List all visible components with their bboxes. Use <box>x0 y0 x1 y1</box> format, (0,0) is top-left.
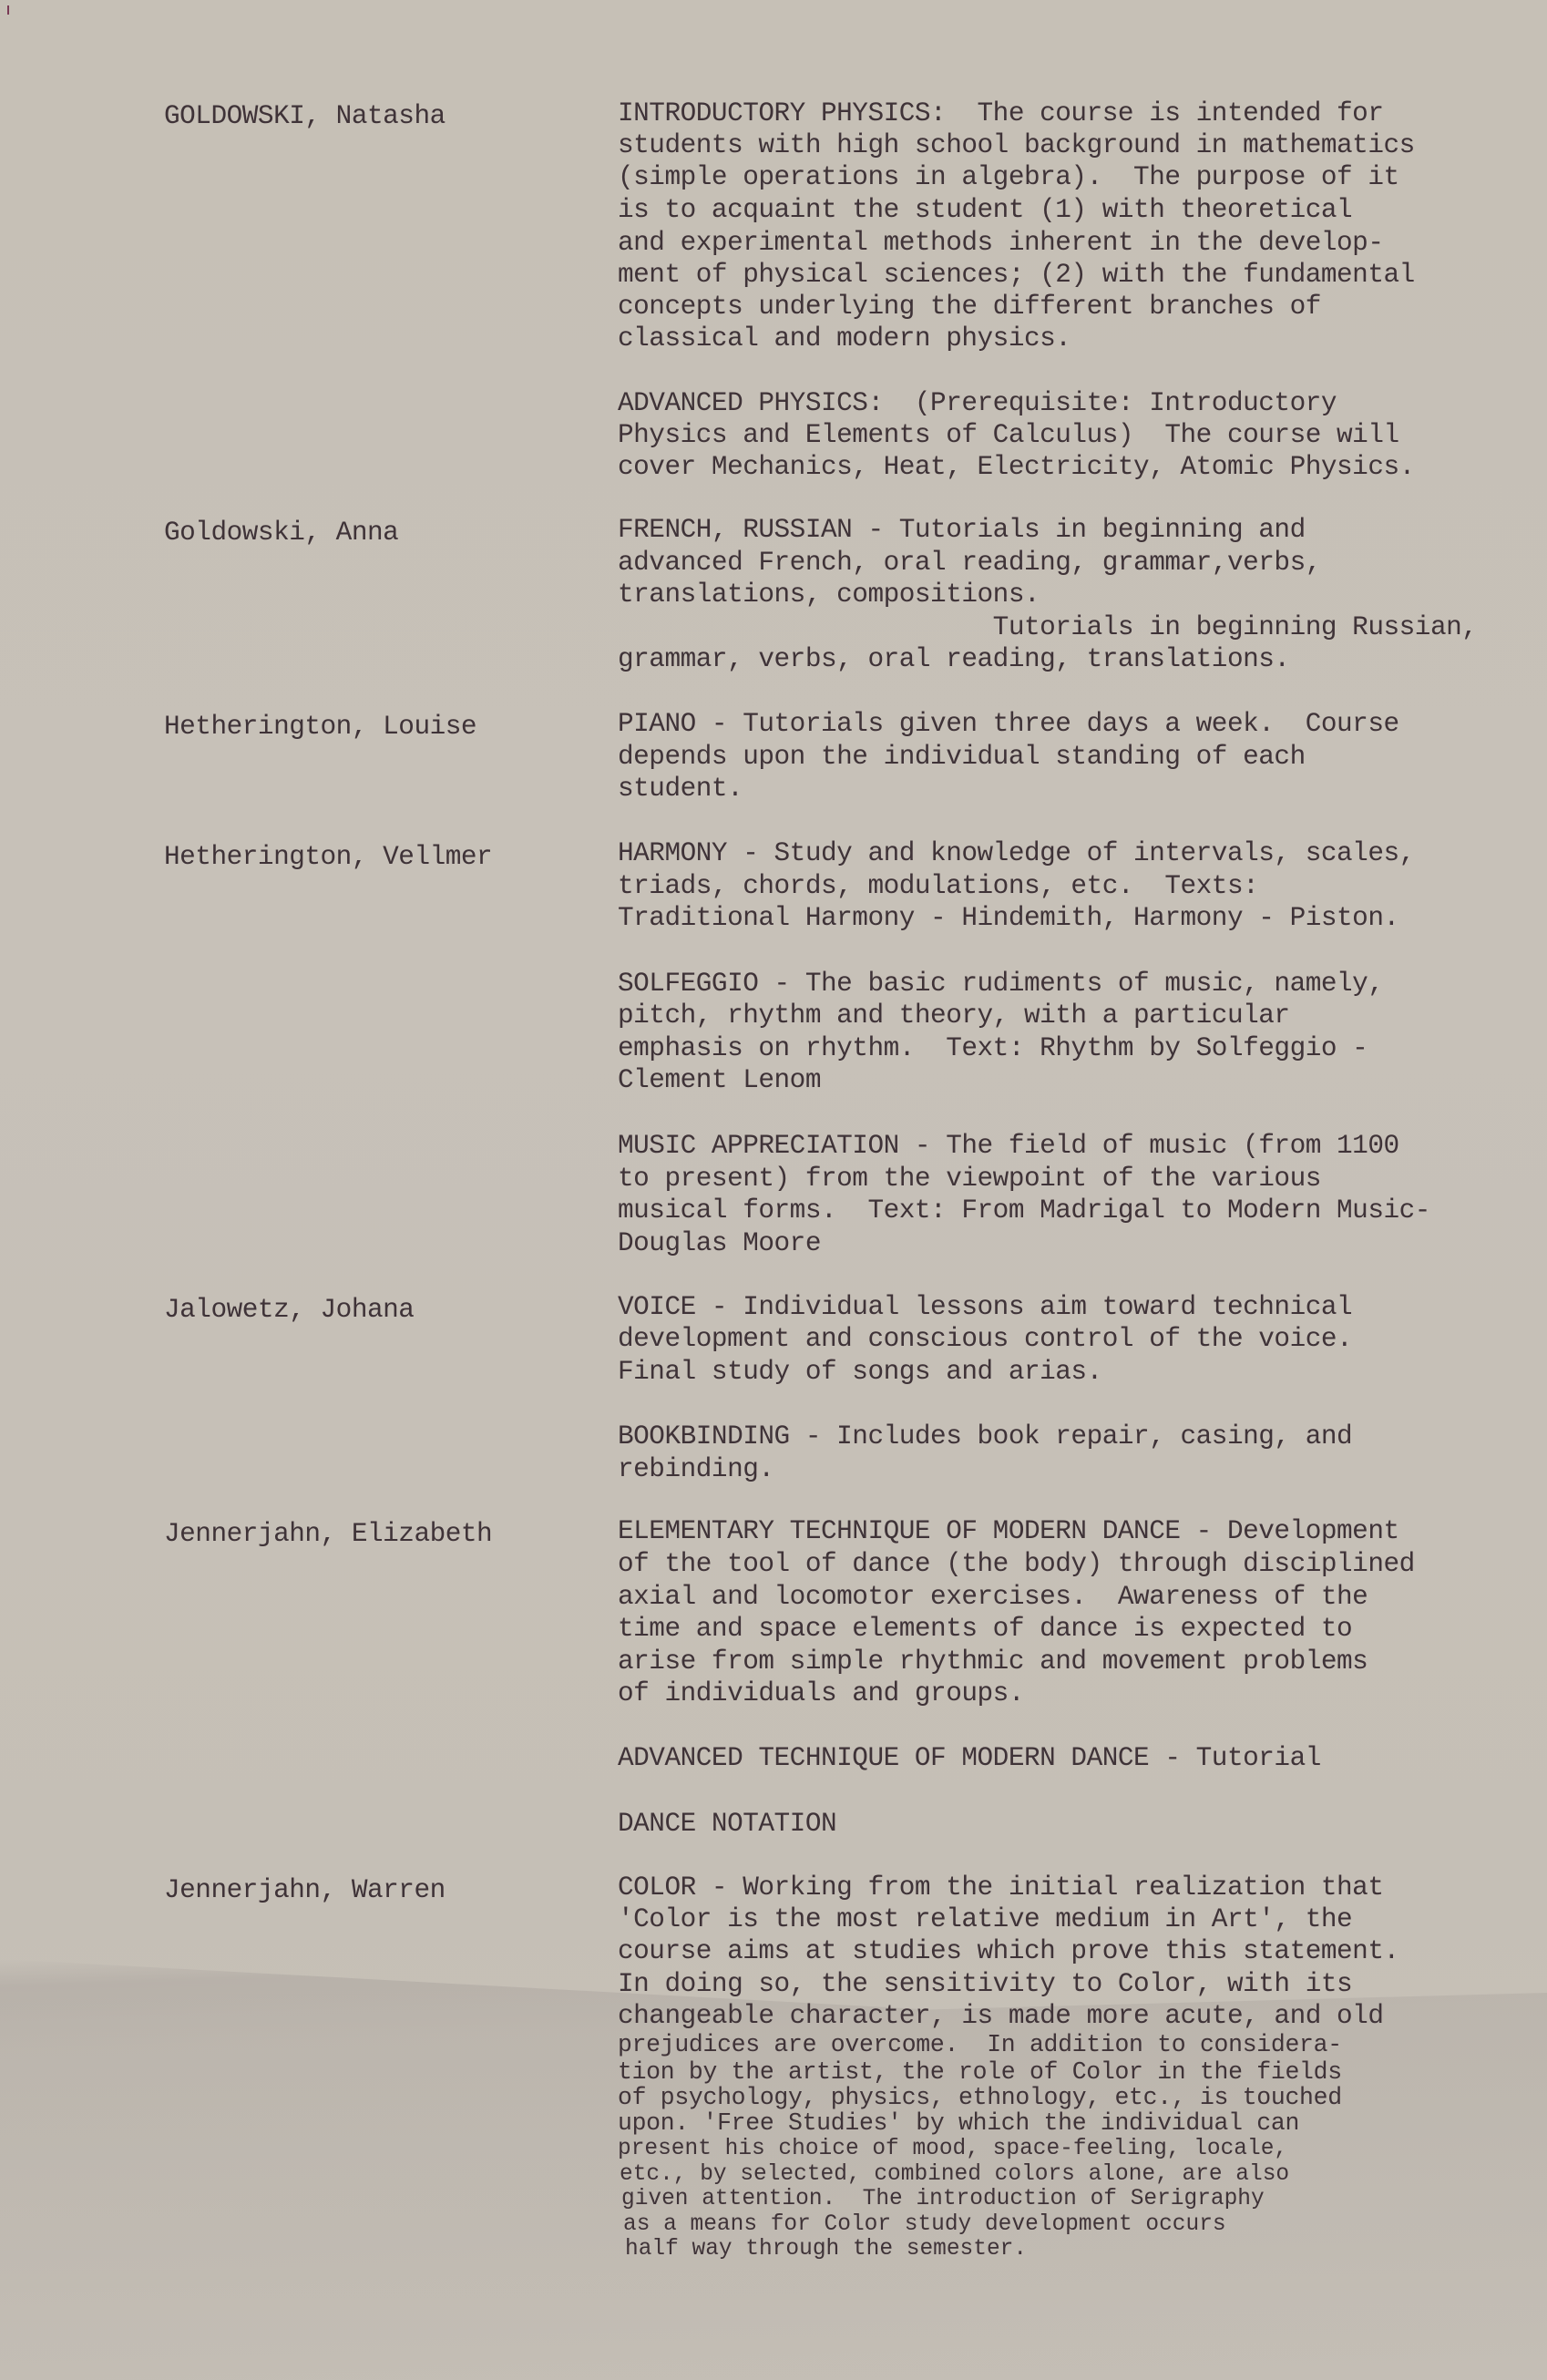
course-description-line: changeable character, is made more acute… <box>618 2003 1384 2030</box>
instructor-name: Hetherington, Louise <box>164 713 476 741</box>
typed-page: GOLDOWSKI, NatashaINTRODUCTORY PHYSICS: … <box>0 0 1547 2380</box>
course-description-line: Physics and Elements of Calculus) The co… <box>618 422 1399 449</box>
course-description-line: time and space elements of dance is expe… <box>618 1616 1352 1643</box>
instructor-name: Hetherington, Vellmer <box>164 844 492 871</box>
course-description-line: upon. 'Free Studies' by which the indivi… <box>618 2112 1299 2137</box>
course-description-line: (simple operations in algebra). The purp… <box>618 164 1399 191</box>
instructor-name: Goldowski, Anna <box>164 519 398 547</box>
course-description-line: ment of physical sciences; (2) with the … <box>618 262 1415 289</box>
course-description-line: axial and locomotor exercises. Awareness… <box>618 1584 1368 1611</box>
course-description-line: as a means for Color study development o… <box>623 2212 1226 2235</box>
course-description-line: concepts underlying the different branch… <box>618 293 1321 321</box>
course-description-line: In doing so, the sensitivity to Color, w… <box>618 1971 1352 1998</box>
course-description-line: advanced French, oral reading, grammar,v… <box>618 549 1321 577</box>
course-description-line: Tutorials in beginning Russian, <box>618 614 1477 641</box>
course-description-line: classical and modern physics. <box>618 325 1071 353</box>
course-title-line: INTRODUCTORY PHYSICS: The course is inte… <box>618 100 1384 128</box>
course-description-line: triads, chords, modulations, etc. Texts: <box>618 873 1258 900</box>
course-title-line: ADVANCED PHYSICS: (Prerequisite: Introdu… <box>618 390 1337 417</box>
course-description-line: of psychology, physics, ethnology, etc.,… <box>618 2087 1342 2111</box>
course-description-line: and experimental methods inherent in the… <box>618 230 1384 257</box>
course-description-line: of individuals and groups. <box>618 1680 1024 1708</box>
course-title-line: PIANO - Tutorials given three days a wee… <box>618 711 1399 738</box>
instructor-name: GOLDOWSKI, Natasha <box>164 103 446 130</box>
course-title-line: ADVANCED TECHNIQUE OF MODERN DANCE - Tut… <box>618 1745 1321 1772</box>
course-title-line: VOICE - Individual lessons aim toward te… <box>618 1294 1352 1321</box>
ink-mark <box>7 5 9 15</box>
course-title-line: BOOKBINDING - Includes book repair, casi… <box>618 1423 1352 1451</box>
course-description-line: half way through the semester. <box>625 2237 1027 2260</box>
instructor-name: Jennerjahn, Elizabeth <box>164 1521 492 1548</box>
course-description-line: student. <box>618 775 743 803</box>
course-description-line: Traditional Harmony - Hindemith, Harmony… <box>618 905 1399 932</box>
course-description-line: rebinding. <box>618 1456 774 1483</box>
course-description-line: depends upon the individual standing of … <box>618 744 1306 771</box>
course-description-line: etc., by selected, combined colors alone… <box>620 2162 1289 2185</box>
instructor-name: Jennerjahn, Warren <box>164 1877 446 1904</box>
course-description-line: tion by the artist, the role of Color in… <box>618 2061 1342 2086</box>
course-title-line: SOLFEGGIO - The basic rudiments of music… <box>618 970 1384 998</box>
course-title-line: DANCE NOTATION <box>618 1811 836 1838</box>
course-title-line: FRENCH, RUSSIAN - Tutorials in beginning… <box>618 517 1306 544</box>
course-description-line: grammar, verbs, oral reading, translatio… <box>618 646 1290 673</box>
course-title-line: MUSIC APPRECIATION - The field of music … <box>618 1133 1399 1160</box>
course-title-line: COLOR - Working from the initial realiza… <box>618 1874 1384 1902</box>
course-description-line: emphasis on rhythm. Text: Rhythm by Solf… <box>618 1035 1368 1062</box>
course-description-line: to present) from the viewpoint of the va… <box>618 1165 1321 1193</box>
instructor-name: Jalowetz, Johana <box>164 1297 414 1324</box>
course-description-line: present his choice of mood, space-feelin… <box>618 2137 1287 2159</box>
course-description-line: is to acquaint the student (1) with theo… <box>618 197 1352 224</box>
course-description-line: of the tool of dance (the body) through … <box>618 1551 1415 1578</box>
course-description-line: arise from simple rhythmic and movement … <box>618 1648 1368 1676</box>
course-description-line: development and conscious control of the… <box>618 1326 1352 1353</box>
course-description-line: musical forms. Text: From Madrigal to Mo… <box>618 1197 1430 1225</box>
course-description-line: Clement Lenom <box>618 1067 821 1094</box>
course-description-line: given attention. The introduction of Ser… <box>621 2187 1265 2210</box>
course-title-line: ELEMENTARY TECHNIQUE OF MODERN DANCE - D… <box>618 1518 1399 1545</box>
course-description-line: translations, compositions. <box>618 581 1040 609</box>
course-description-line: 'Color is the most relative medium in Ar… <box>618 1906 1352 1934</box>
course-description-line: Final study of songs and arias. <box>618 1359 1102 1386</box>
course-description-line: Douglas Moore <box>618 1230 821 1257</box>
course-description-line: pitch, rhythm and theory, with a particu… <box>618 1002 1290 1030</box>
course-description-line: prejudices are overcome. In addition to … <box>618 2034 1342 2058</box>
course-description-line: course aims at studies which prove this … <box>618 1938 1399 1965</box>
course-title-line: HARMONY - Study and knowledge of interva… <box>618 840 1415 867</box>
course-description-line: students with high school background in … <box>618 132 1415 159</box>
course-description-line: cover Mechanics, Heat, Electricity, Atom… <box>618 454 1415 481</box>
